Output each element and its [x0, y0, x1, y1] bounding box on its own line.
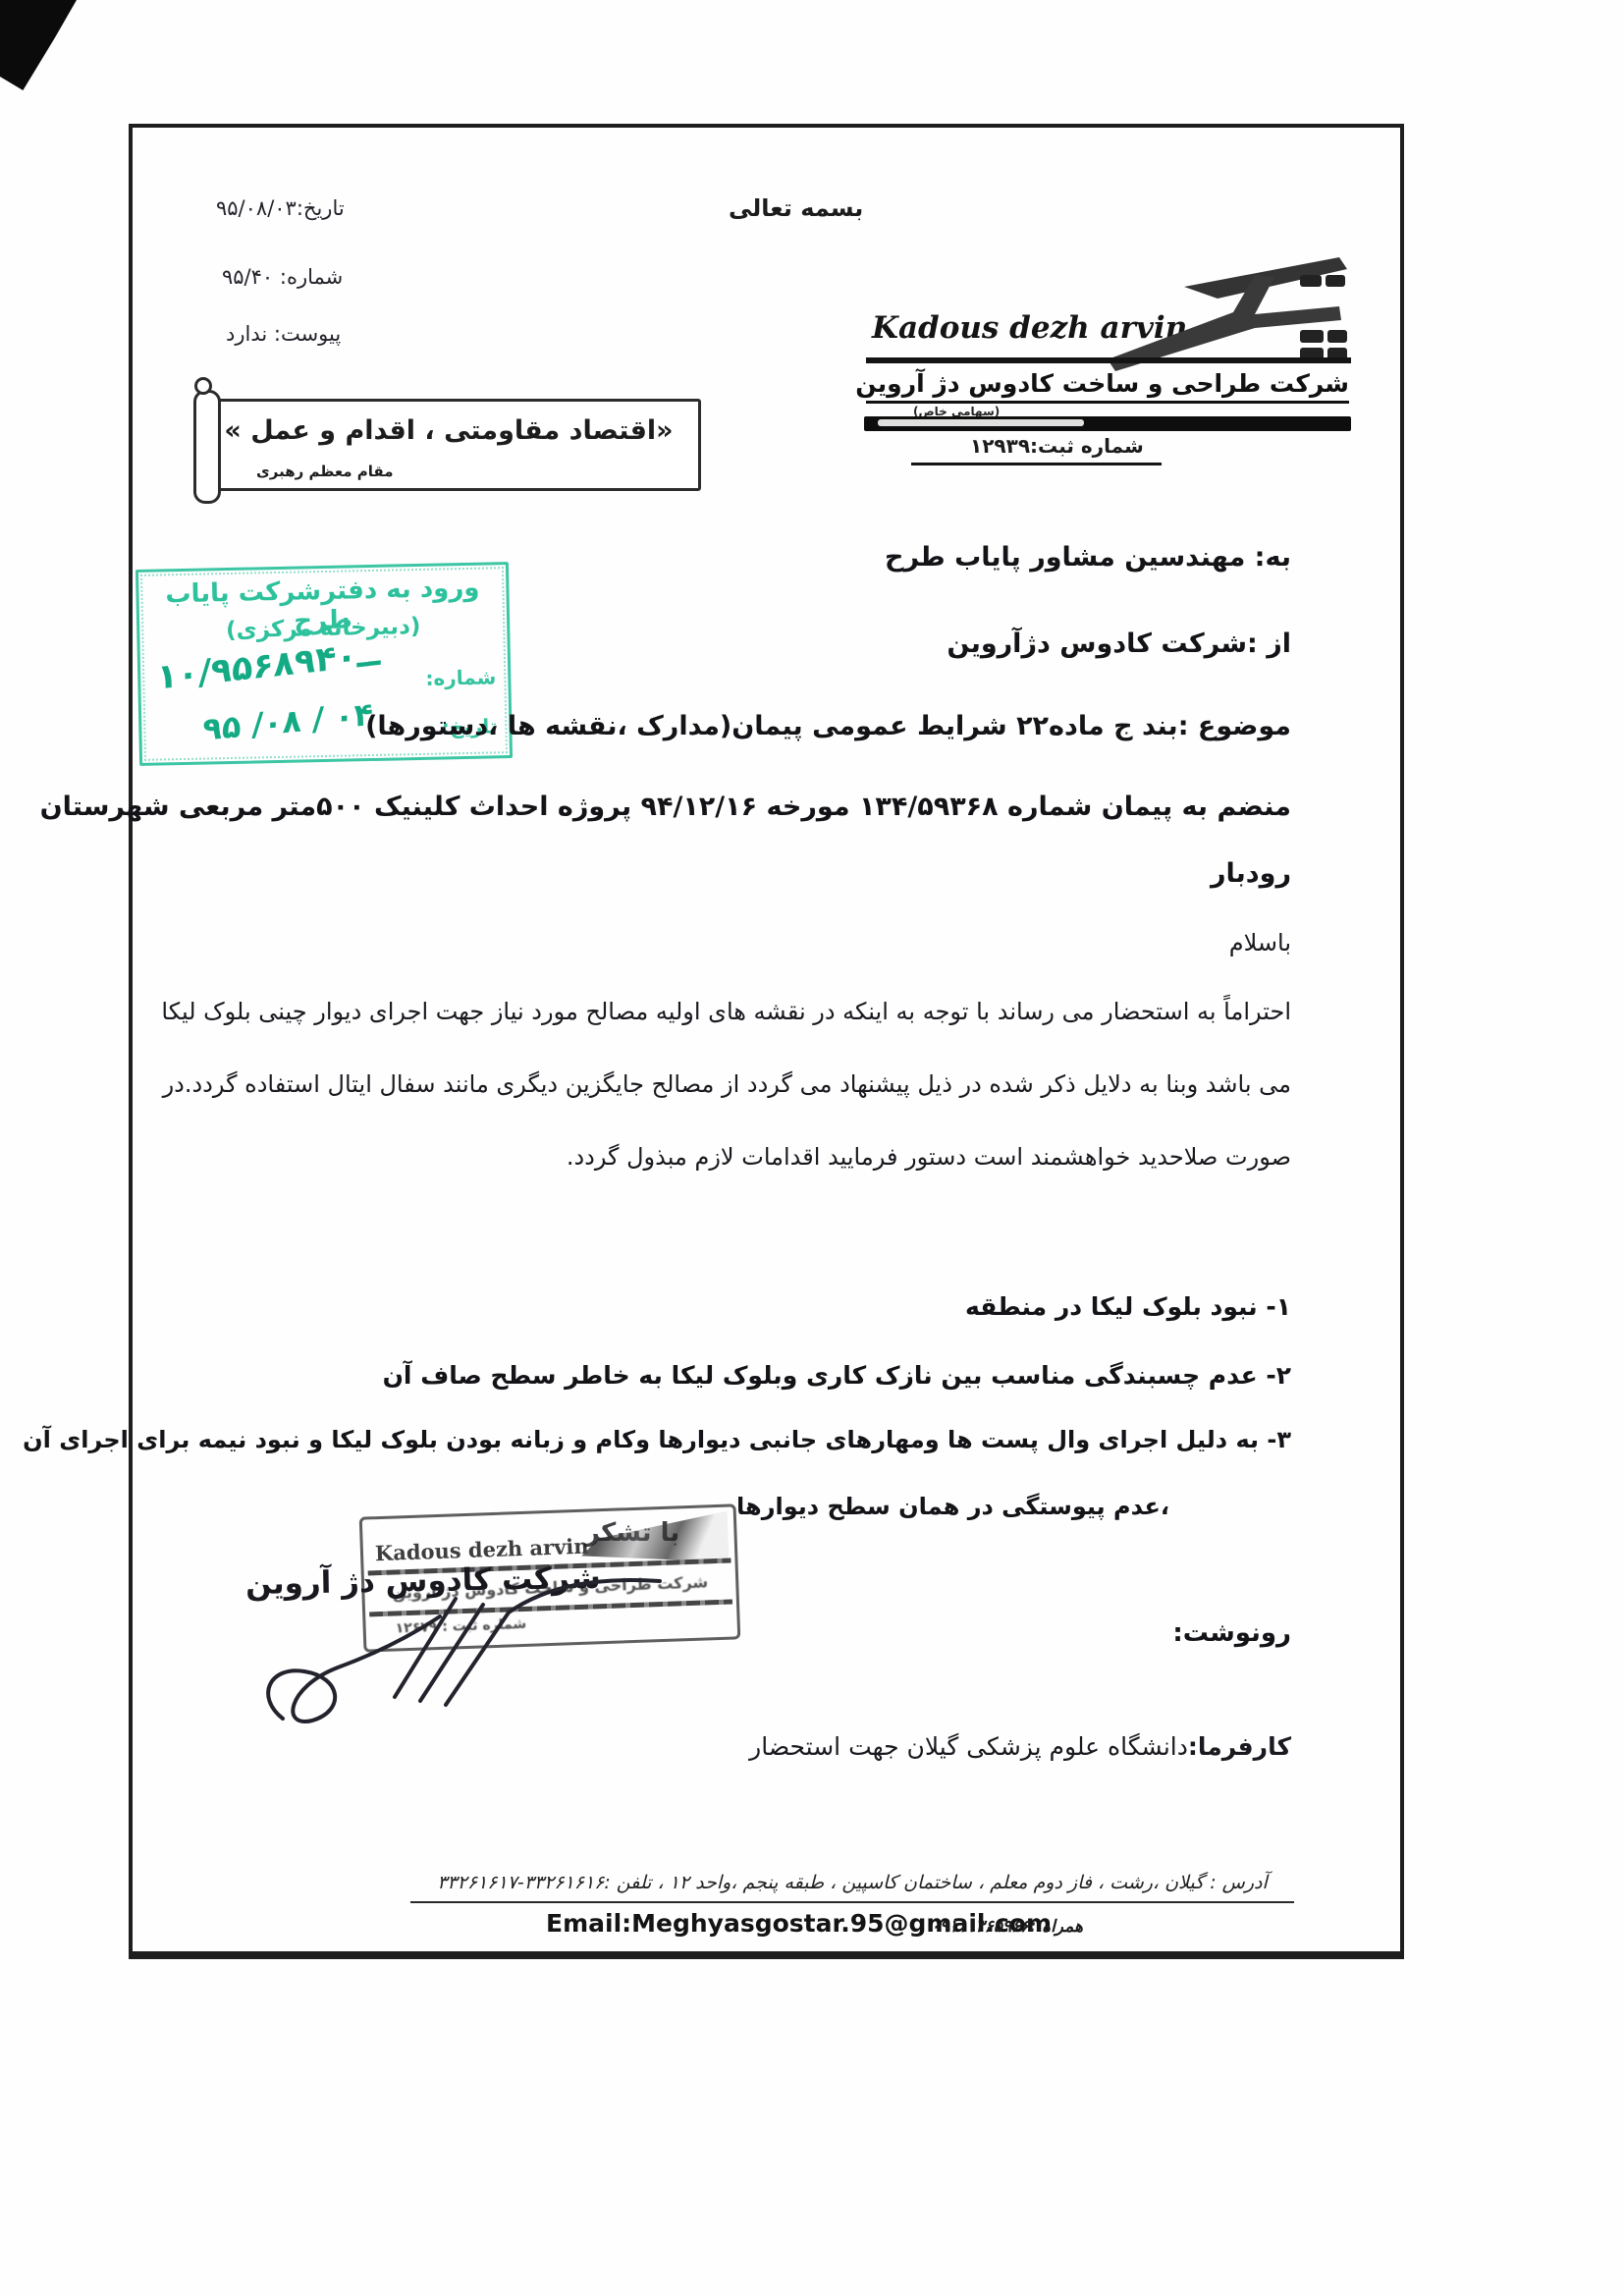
- entry-stamp-date-handwritten: ۹۵ /۰۸ / ۰۴: [202, 695, 373, 748]
- slogan-attribution: مقام معظم رهبری: [256, 463, 394, 480]
- footer-mobile: همراه :۰۹۱۱۱۳۶۵۹۶۶: [931, 1917, 1083, 1937]
- logo-bar-streak: [878, 419, 1084, 426]
- scan-corner-artifact: [0, 0, 77, 98]
- entry-stamp-date-label: تاریخ:: [442, 714, 498, 738]
- registration-number: شماره ثبت:۱۲۹۳۹: [911, 434, 1162, 465]
- handwritten-signature: [247, 1571, 679, 1758]
- scanned-letter-page: تاریخ:۹۵/۰۸/۰۳ شماره: ۹۵/۴۰ پیوست: ندارد…: [0, 0, 1624, 2296]
- meta-date: تاریخ:۹۵/۰۸/۰۳: [216, 196, 345, 220]
- logo-divider-line: [866, 357, 1351, 363]
- slogan-text: «اقتصاد مقاومتی ، اقدام و عمل »: [199, 415, 698, 446]
- company-name-fa: شرکت طراحی و ساخت کادوس دژ آروین: [866, 369, 1349, 404]
- footer-address: آدرس : گیلان ،رشت ، فاز دوم معلم ، ساختم…: [410, 1872, 1294, 1903]
- meta-number: شماره: ۹۵/۴۰: [222, 265, 343, 289]
- entry-stamp-number-label: شماره:: [425, 665, 496, 690]
- slogan-banner: «اقتصاد مقاومتی ، اقدام و عمل » مقام معظ…: [196, 399, 701, 491]
- entry-stamp: ورود به دفترشرکت پایاب طرح (دبیرخانه مرک…: [135, 562, 513, 766]
- meta-attachment: پیوست: ندارد: [226, 322, 341, 346]
- banner-scroll-decoration: [193, 390, 221, 504]
- bismillah: بسمه تعالی: [729, 194, 863, 222]
- banner-scroll-cap: [194, 377, 212, 395]
- logo-thick-bar: [864, 416, 1351, 431]
